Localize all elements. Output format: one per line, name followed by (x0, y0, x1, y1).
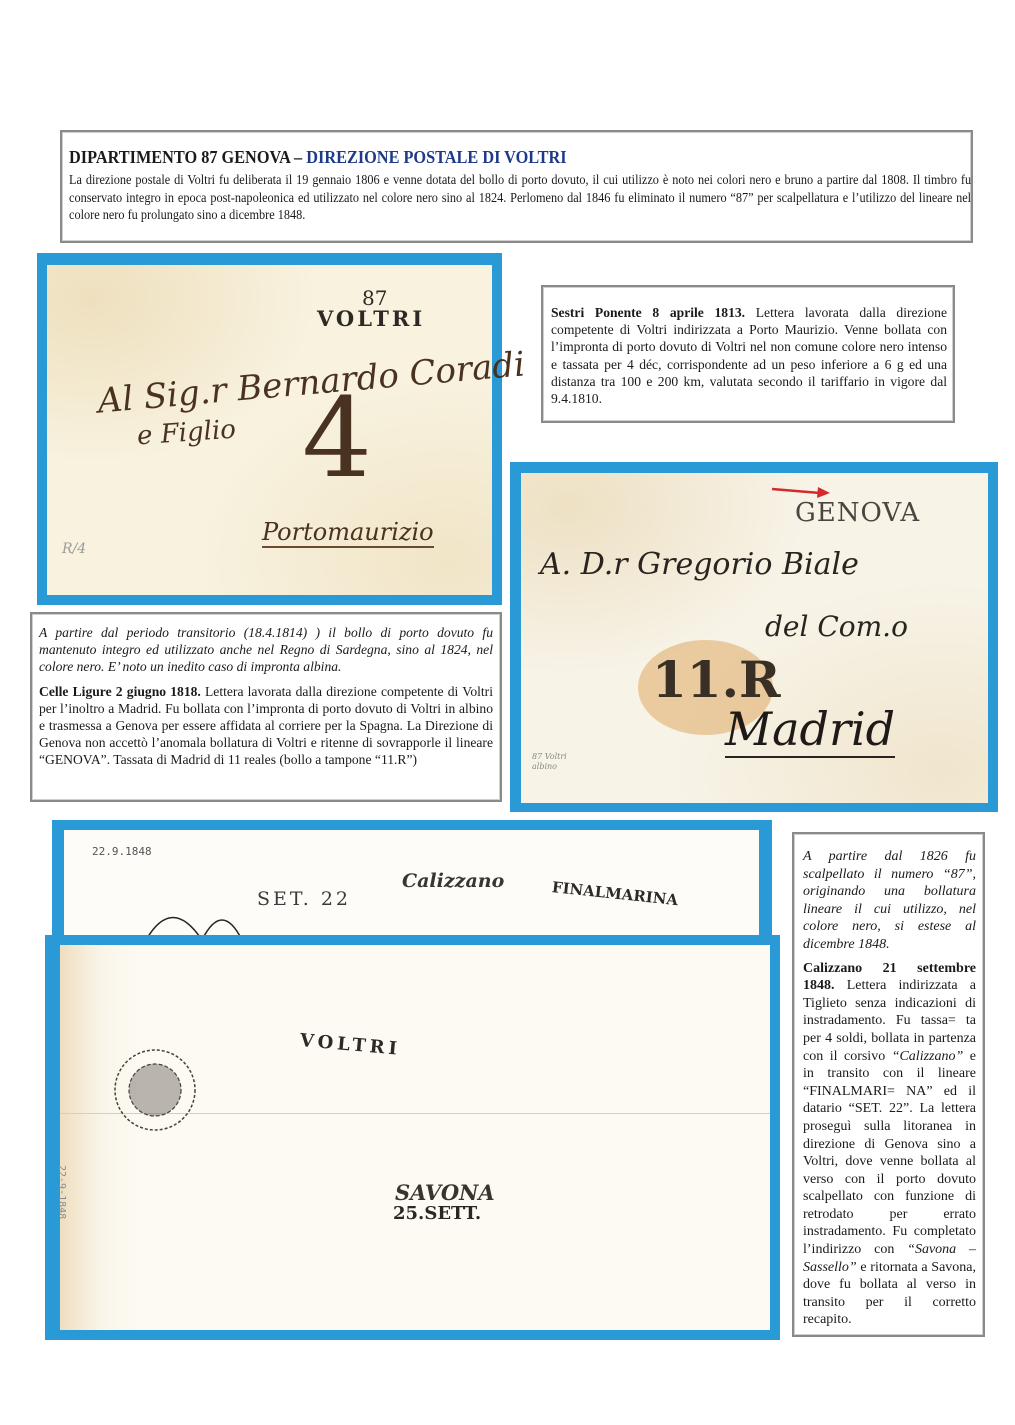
cover-sestri-ponente-1813: 87 VOLTRI Al Sig.r Bernardo Coradi e Fig… (37, 253, 502, 605)
stamp-genova: GENOVA (795, 498, 920, 528)
stamp-voltri: VOLTRI (317, 306, 425, 331)
header-description: La direzione postale di Voltri fu delibe… (69, 171, 971, 224)
pencil-note: R/4 (62, 541, 86, 557)
stamp-savona: SAVONA (395, 1180, 495, 1205)
cover-calizzano-front: 22.9.1848 SET. 22 Calizzano FINALMARINA (52, 820, 772, 940)
address-line-1: A. D.r Gregorio Biale (540, 547, 859, 582)
red-arrow-icon (770, 486, 830, 498)
caption-body: Lettera lavorata dalla direzione compete… (551, 305, 947, 406)
tax-stamp: 11.R (652, 650, 781, 709)
stamp-savona-date: 25.SETT. (393, 1203, 481, 1224)
title-direction: DIREZIONE POSTALE DI VOLTRI (306, 147, 566, 167)
cursive-stamp: Calizzano (402, 870, 504, 892)
caption-lead: Sestri Ponente 8 aprile 1813. (551, 305, 745, 320)
title-department: DIPARTIMENTO 87 GENOVA – (69, 147, 306, 167)
cover-calizzano-back: VOLTRI SAVONA 25.SETT. 22-9-1848 (45, 935, 780, 1340)
caption-lead: Celle Ligure 2 giugno 1818. (39, 684, 201, 699)
pencil-date: 22.9.1848 (92, 845, 152, 858)
tax-mark: 4 (302, 383, 372, 493)
caption-intro: A partire dal 1826 fu scalpellato il num… (803, 848, 976, 954)
destination: Madrid (725, 702, 895, 758)
caption-sestri-ponente: Sestri Ponente 8 aprile 1813. Lettera la… (541, 285, 955, 423)
cover-celle-ligure-1818: GENOVA A. D.r Gregorio Biale del Com.o 1… (510, 462, 998, 812)
date-stamp: SET. 22 (257, 888, 351, 910)
page-title: DIPARTIMENTO 87 GENOVA – DIREZIONE POSTA… (69, 146, 901, 168)
caption-intro: A partire dal periodo transitorio (18.4.… (39, 624, 493, 676)
caption-body-b: e in transito con il lineare “FINALMARI=… (803, 1049, 976, 1258)
header-box: DIPARTIMENTO 87 GENOVA – DIREZIONE POSTA… (60, 130, 973, 243)
handwriting-flourish (142, 900, 262, 940)
caption-celle-ligure: A partire dal periodo transitorio (18.4.… (30, 612, 502, 802)
destination: Portomaurizio (262, 518, 434, 548)
caption-calizzano: A partire dal 1826 fu scalpellato il num… (792, 832, 985, 1337)
pencil-note: 87 Voltri albino (532, 752, 572, 772)
circular-seal-stamp (110, 1035, 200, 1145)
address-line-2: del Com.o (765, 610, 908, 643)
pencil-date: 22-9-1848 (56, 1165, 67, 1219)
caption-italic-a: “Calizzano” (892, 1049, 964, 1064)
